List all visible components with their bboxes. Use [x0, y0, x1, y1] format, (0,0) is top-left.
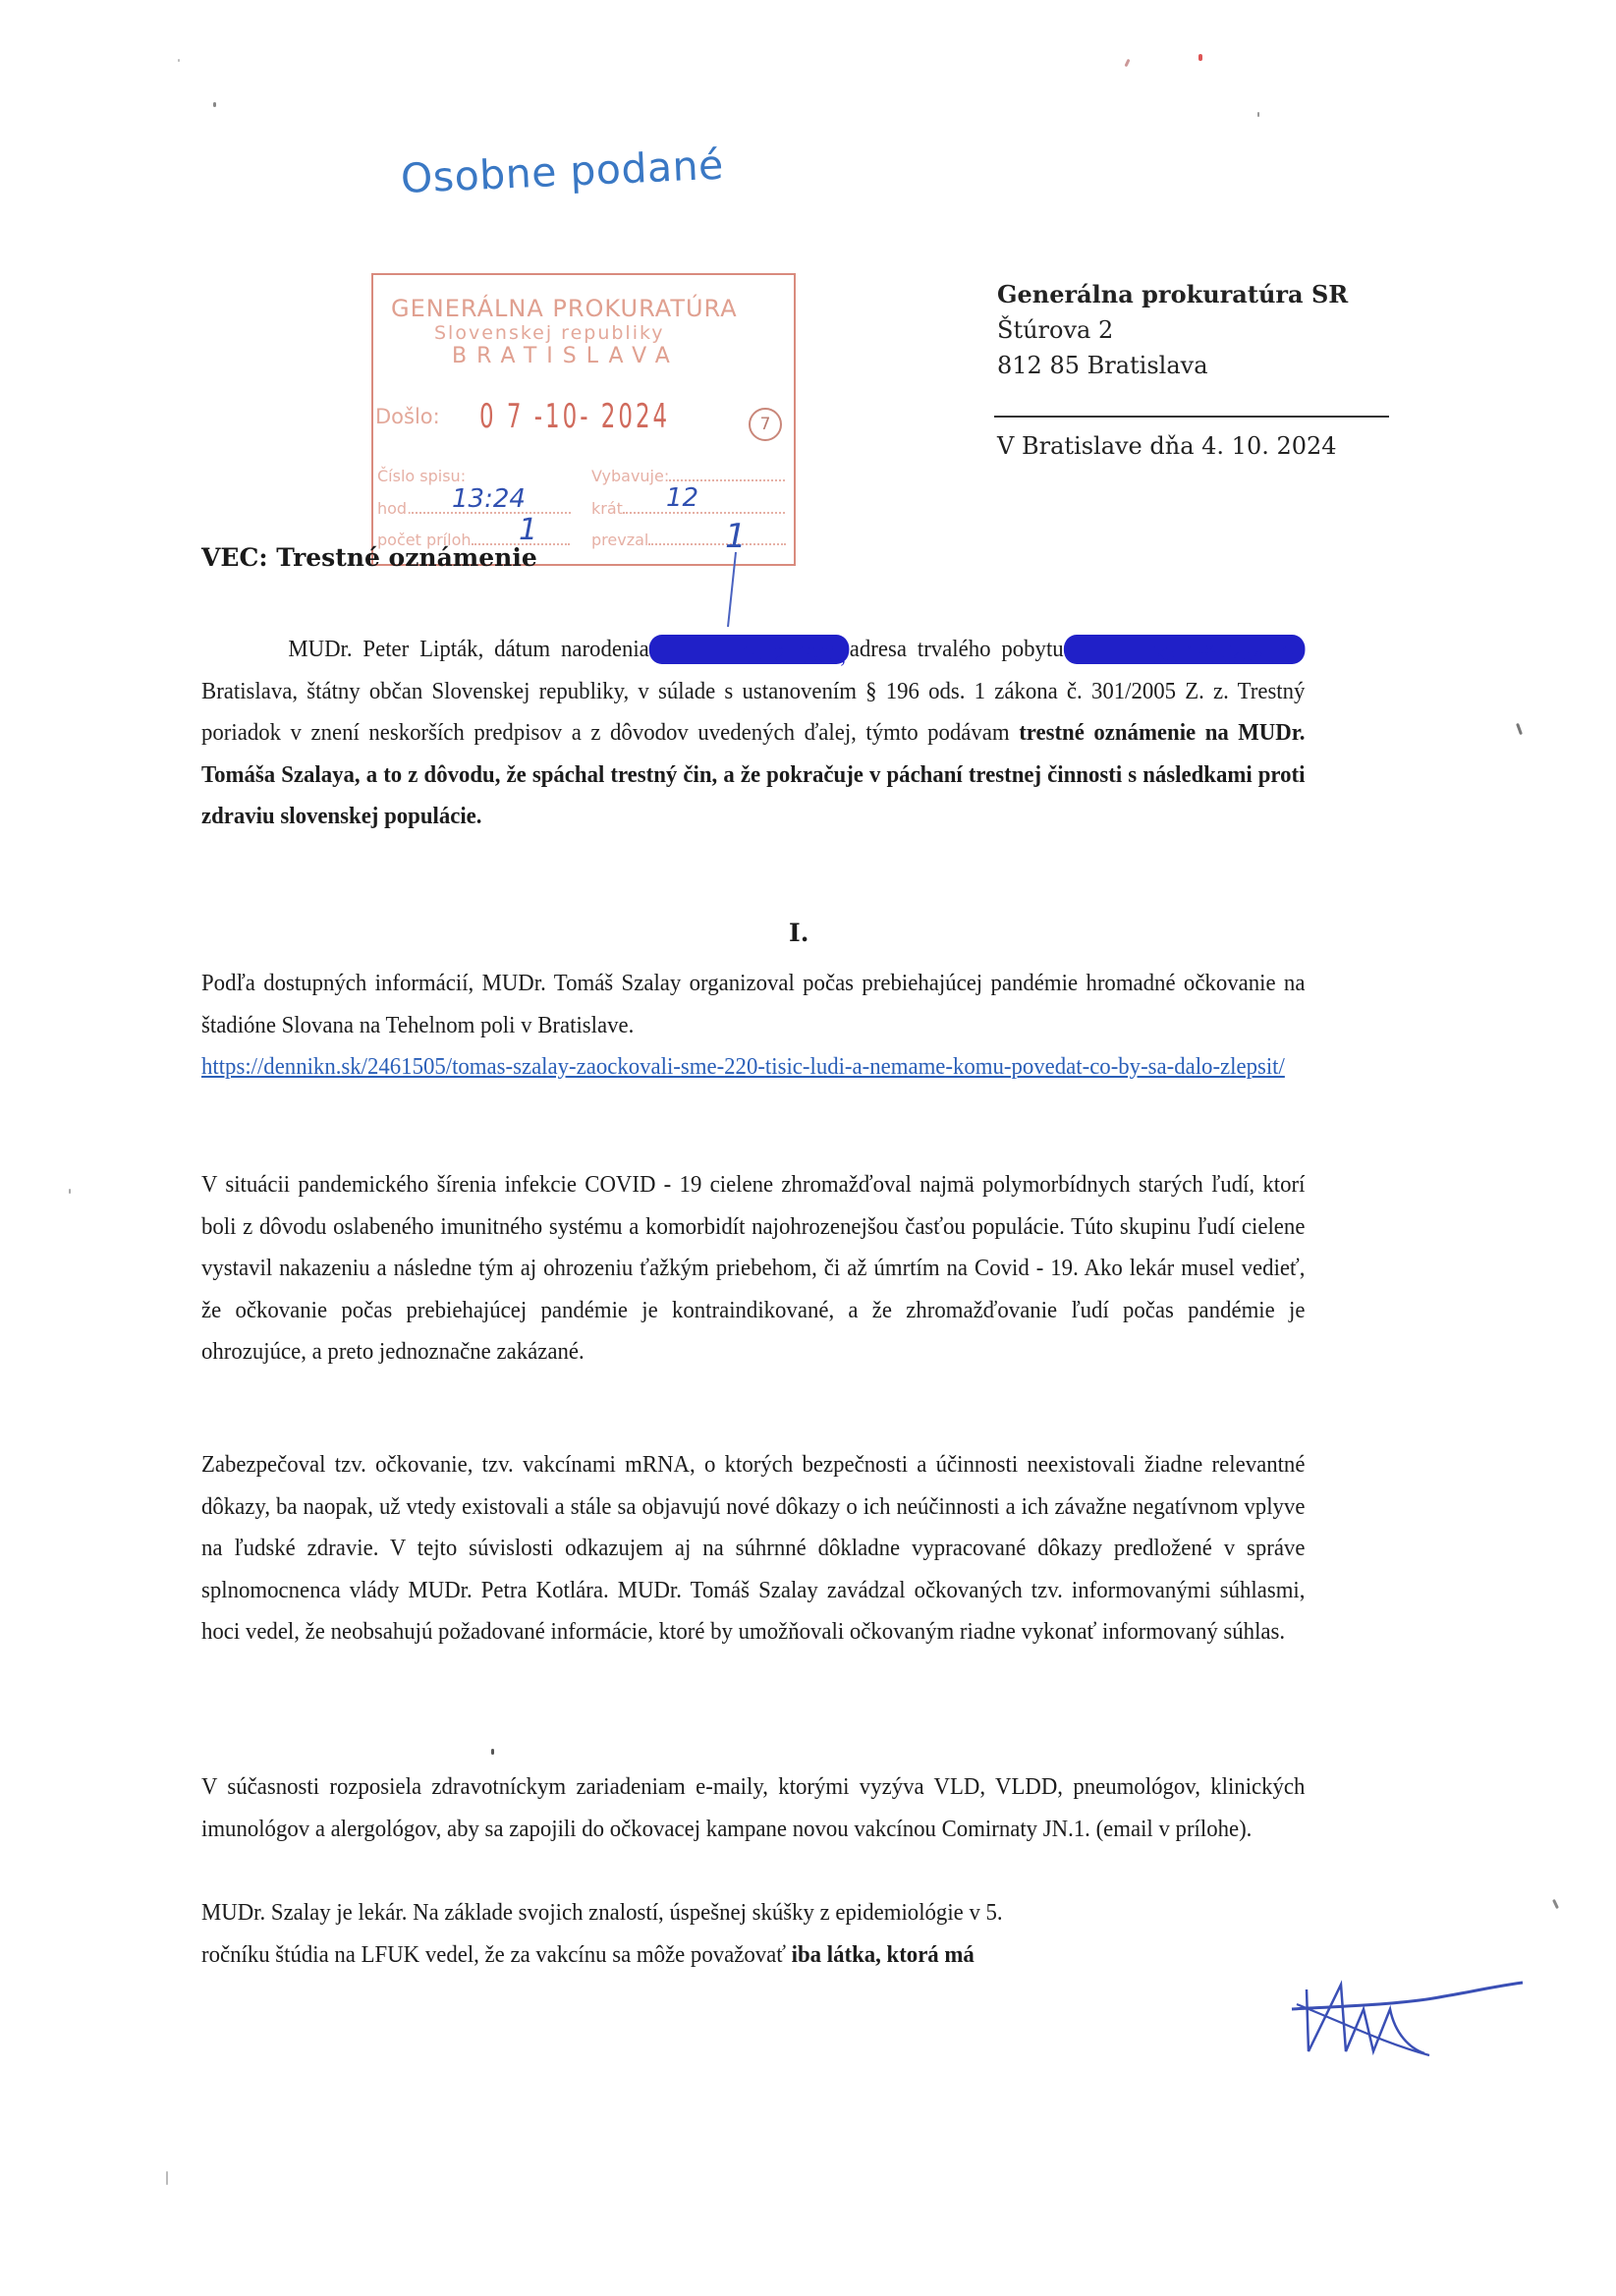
doctor-text-2: ročníku štúdia na LFUK vedel, že za vakc… — [201, 1941, 792, 1968]
paragraph-doctor: MUDr. Szalay je lekár. Na základe svojic… — [201, 1892, 1389, 1976]
paragraph-situation: V situácii pandemického šírenia infekcie… — [201, 1164, 1305, 1373]
stamp-line-2: Slovenskej republiky — [434, 322, 665, 344]
section-number: I. — [789, 919, 808, 947]
paragraph-vaccines: Zabezpečoval tzv. očkovanie, tzv. vakcín… — [201, 1444, 1305, 1653]
handwritten-attachments: 1 — [519, 513, 537, 547]
scan-speck — [1516, 723, 1523, 735]
scan-speck — [1198, 54, 1202, 61]
handwritten-hour: 13:24 — [452, 484, 526, 514]
hour-label: hod. — [377, 499, 412, 518]
stamp-line-3: BRATISLAVA — [452, 344, 680, 368]
recipient-city: 812 85 Bratislava — [997, 348, 1348, 383]
scan-speck — [1552, 1899, 1559, 1909]
scan-speck — [491, 1749, 494, 1755]
stamp-line-1: GENERÁLNA PROKURATÚRA — [391, 295, 738, 322]
recipient-street: Štúrova 2 — [997, 312, 1348, 348]
intro-text-1: MUDr. Peter Lipták, dátum narodenia — [288, 636, 648, 662]
source-link[interactable]: https://dennikn.sk/2461505/tomas-szalay-… — [201, 1053, 1285, 1080]
intro-text-2: adresa trvalého pobytu — [850, 636, 1064, 662]
received-by-label: prevzal — [591, 531, 648, 549]
paragraph-organized: Podľa dostupných informácií, MUDr. Tomáš… — [201, 963, 1305, 1089]
registry-stamp: GENERÁLNA PROKURATÚRA Slovenskej republi… — [371, 273, 796, 566]
handwritten-times: 12 — [666, 483, 698, 513]
scan-speck — [213, 102, 216, 107]
received-date: 0 7 -10- 2024 — [479, 397, 670, 436]
redaction-address: Kalinčiakova 15 — [1064, 635, 1306, 664]
address-divider — [994, 416, 1389, 418]
doctor-text-1: MUDr. Szalay je lekár. Na základe svojic… — [201, 1899, 1003, 1926]
recipient-address: Generálna prokuratúra SR Štúrova 2 812 8… — [997, 277, 1348, 383]
recipient-name: Generálna prokuratúra SR — [997, 277, 1348, 312]
redaction-birthdate: 15. 2. 1960, — [649, 635, 850, 664]
received-label: Došlo: — [375, 405, 440, 428]
pen-stroke — [722, 550, 742, 629]
doctor-bold-text: iba látka, ktorá má — [792, 1941, 975, 1968]
scan-speck — [1124, 59, 1130, 68]
scan-speck — [178, 59, 180, 62]
scan-speck — [166, 2171, 168, 2185]
times-label: krát — [591, 499, 623, 518]
place-and-date: V Bratislave dňa 4. 10. 2024 — [997, 432, 1337, 460]
stamp-circle-number: 7 — [749, 408, 782, 441]
scan-speck — [69, 1189, 71, 1194]
organized-text: Podľa dostupných informácií, MUDr. Tomáš… — [201, 970, 1305, 1038]
file-number-label: Číslo spisu: — [377, 467, 466, 485]
handled-by-label: Vybavuje: — [591, 467, 669, 485]
personal-submission-stamp: Osobne podané — [400, 141, 725, 202]
scan-speck — [1257, 112, 1259, 117]
intro-paragraph: MUDr. Peter Lipták, dátum narodenia15. 2… — [201, 629, 1305, 838]
subject-line: VEC: Trestné oznámenie — [201, 543, 537, 572]
signature — [1287, 1975, 1532, 2083]
paragraph-emails: V súčasnosti rozposiela zdravotníckym za… — [201, 1766, 1305, 1850]
received-by-field: prevzal — [591, 531, 786, 549]
